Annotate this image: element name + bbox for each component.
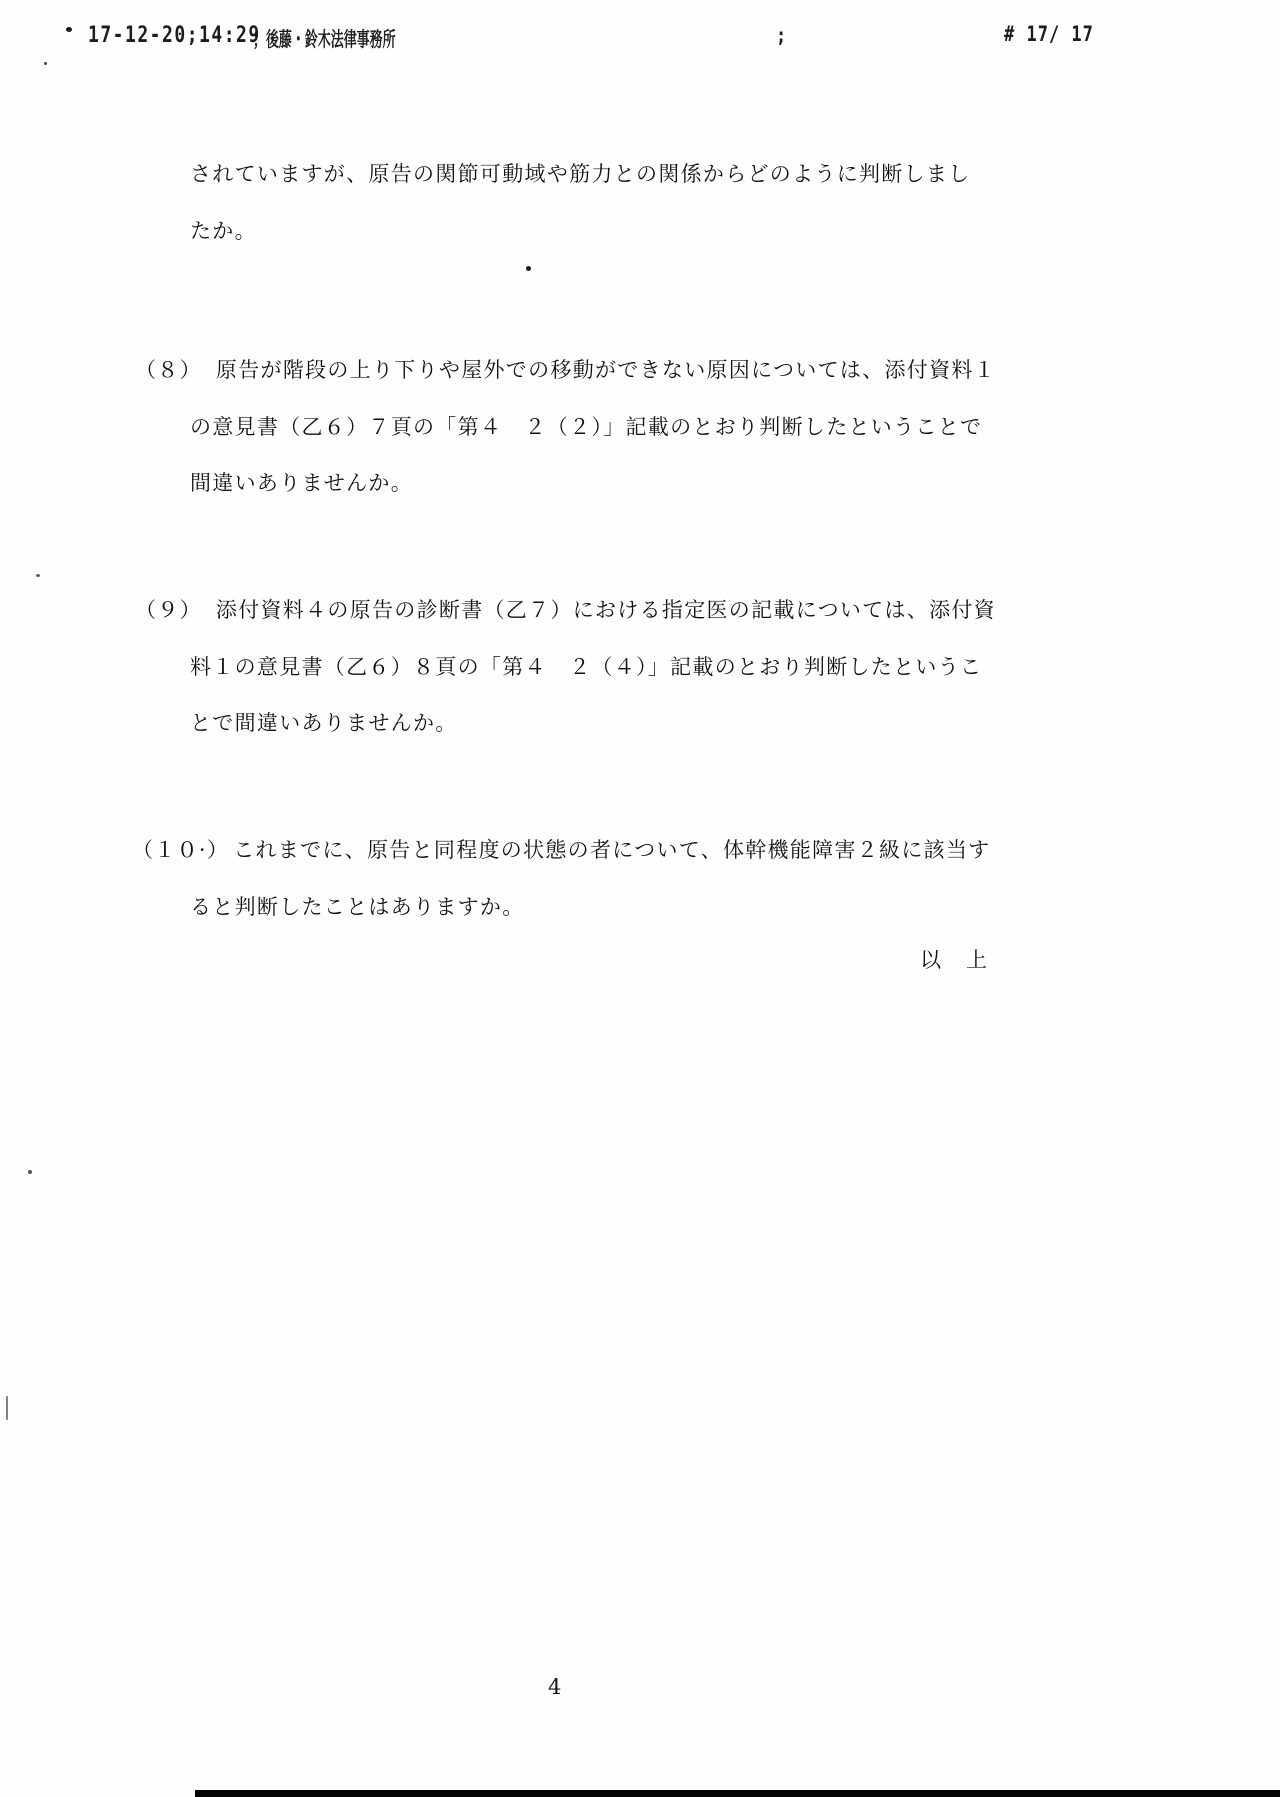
scan-noise-dot xyxy=(66,27,72,32)
item-9-text: 添付資料４の原告の診断書（乙７）における指定医の記載については、添付資 xyxy=(216,598,996,622)
fax-sender-name: ；後藤・鈴木法律事務所 xyxy=(253,24,396,53)
scan-noise-dot xyxy=(36,574,40,577)
fax-page-counter: # 17/ 17 xyxy=(1004,22,1094,47)
question-item-9-line-1: （９）添付資料４の原告の診断書（乙７）における指定医の記載については、添付資 xyxy=(135,594,996,624)
fax-header-separator: ; xyxy=(776,24,786,48)
scan-edge-bar xyxy=(195,1790,1280,1797)
fax-document-page: 17-12-20;14:29 ；後藤・鈴木法律事務所 ; # 17/ 17 され… xyxy=(0,0,1280,1797)
paragraph-line: たか。 xyxy=(190,215,257,245)
question-item-8-line-3: 間違いありませんか。 xyxy=(190,467,413,497)
question-item-10-line-1: （１０·）これまでに、原告と同程度の状態の者について、体幹機能障害２級に該当す xyxy=(132,834,991,864)
question-item-9-line-3: とで間違いありませんか。 xyxy=(190,707,458,737)
item-8-number: （８） xyxy=(135,358,202,382)
question-item-8-line-1: （８）原告が階段の上り下りや屋外での移動ができない原因については、添付資料１ xyxy=(135,354,996,384)
item-8-text: 原告が階段の上り下りや屋外での移動ができない原因については、添付資料１ xyxy=(216,358,996,382)
question-item-10-line-2: ると判断したことはありますか。 xyxy=(190,891,525,921)
item-9-number: （９） xyxy=(135,598,202,622)
scan-noise-dot xyxy=(28,1170,32,1174)
scan-noise-line xyxy=(6,1396,8,1420)
question-item-8-line-2: の意見書（乙６）７頁の「第４ ２（２）」記載のとおり判断したということで xyxy=(190,411,982,441)
scan-noise-dot xyxy=(526,266,531,271)
fax-timestamp: 17-12-20;14:29 xyxy=(88,22,261,48)
question-item-9-line-2: 料１の意見書（乙６）８頁の「第４ ２（４）」記載のとおり判断したというこ xyxy=(190,651,982,681)
closing-mark: 以 上 xyxy=(920,944,989,974)
item-10-text: これまでに、原告と同程度の状態の者について、体幹機能障害２級に該当す xyxy=(233,838,990,862)
paragraph-line: されていますが、原告の関節可動域や筋力との関係からどのように判断しまし xyxy=(190,158,971,188)
item-10-number: （１０·） xyxy=(132,838,229,862)
page-number: 4 xyxy=(548,1675,561,1699)
scan-noise-dot xyxy=(44,62,47,65)
